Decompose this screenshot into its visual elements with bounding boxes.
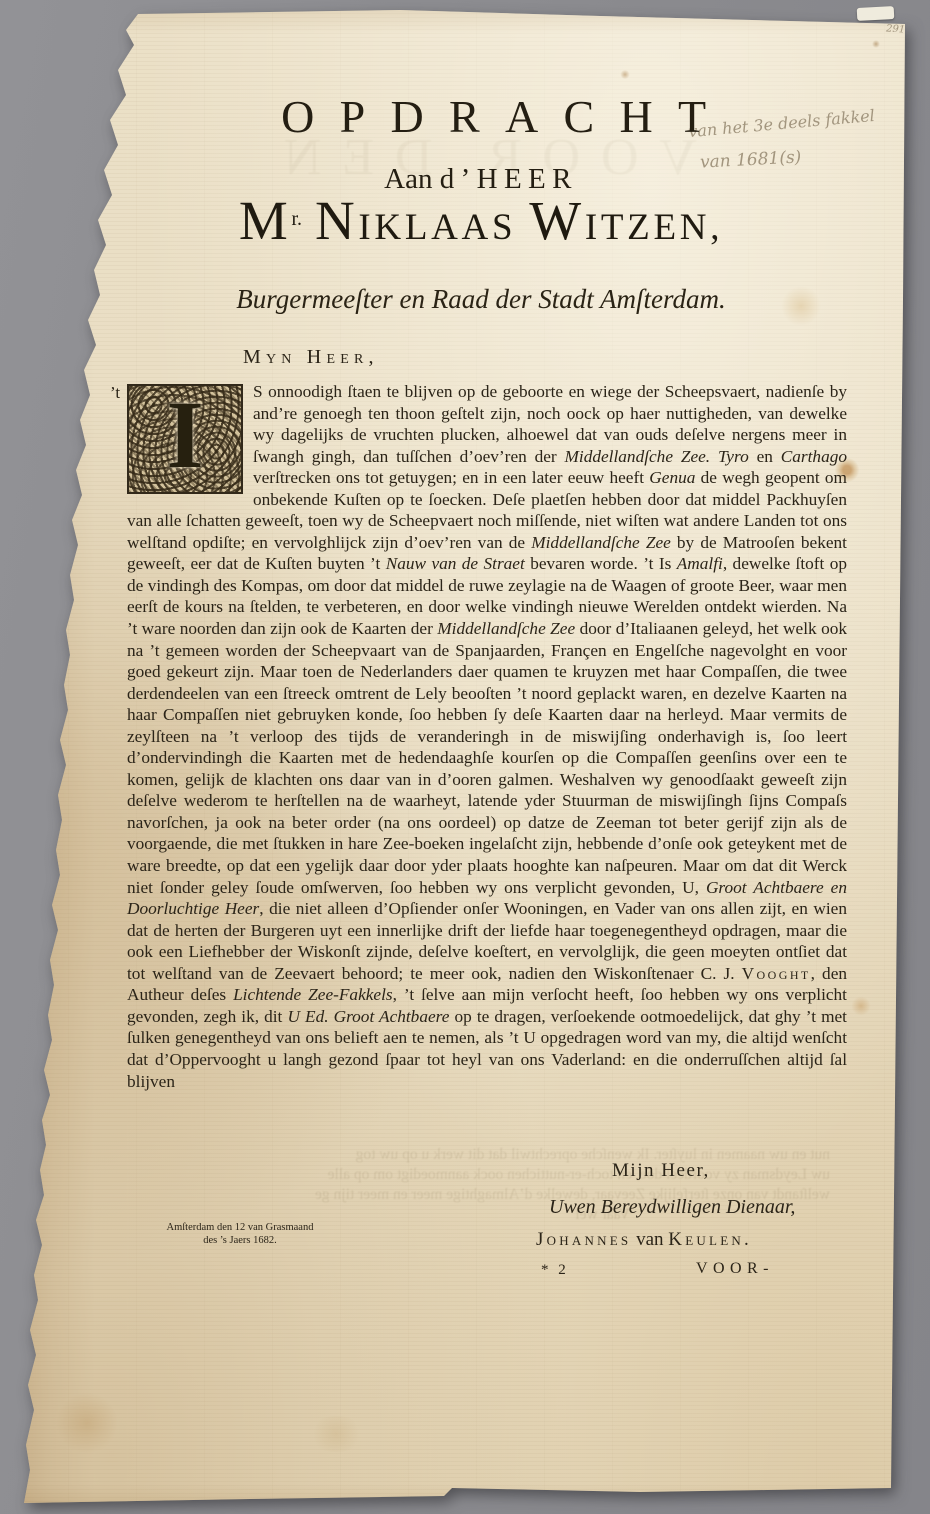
- body-segment: Vooght: [742, 964, 811, 983]
- foxing-stain: [620, 70, 630, 79]
- body-segment: [710, 447, 718, 466]
- body-block: ’t I S onnoodigh ſtaen te blijven op de …: [127, 381, 847, 1092]
- name-first-rest: IKLAAS: [358, 207, 516, 248]
- body-segment: door d’Italiaanen geleyd, het welk ook n…: [127, 619, 847, 897]
- paper-edge-shading: [0, 1484, 930, 1514]
- show-through-line: uw Leydsman zy voordeel doe, en toch-er-…: [130, 1166, 830, 1184]
- paper-surface: VOOR DEN nut en uw naamen in luyſter. Ik…: [0, 0, 930, 1514]
- scan-background: VOOR DEN nut en uw naamen in luyſter. Ik…: [0, 0, 930, 1514]
- body-segment: Amalfi: [677, 554, 723, 573]
- body-segment: Genua: [649, 468, 695, 487]
- dedication-line: Aan d’HEER: [118, 163, 844, 196]
- body-segment: en: [749, 447, 781, 466]
- paper-sheet: VOOR DEN nut en uw naamen in luyſter. Ik…: [0, 0, 930, 1514]
- name-m: M: [239, 190, 292, 251]
- signature-last-name: Keulen.: [668, 1229, 752, 1250]
- gathering-signature-mark: * 2: [541, 1262, 569, 1279]
- salutation: Myn Heer,: [243, 346, 379, 369]
- date-line2: des ’s Jaers 1682.: [203, 1235, 277, 1246]
- name-mr-superscript: r.: [291, 208, 302, 230]
- body-segment: Middellandſche Zee.: [565, 447, 711, 466]
- body-segment: bevaren worde. ’t Is: [525, 554, 677, 573]
- show-through-line: nut en uw naamen in luyſter. Ik wenſche …: [130, 1146, 830, 1164]
- foxing-stain: [52, 1388, 122, 1458]
- foxing-stain: [306, 1416, 366, 1452]
- signature: Johannes van Keulen.: [536, 1229, 752, 1251]
- foxing-stain: [850, 996, 872, 1016]
- body-segment: Lichtende Zee-Fakkels: [233, 985, 393, 1004]
- body-segment: Middellandſche Zee: [437, 619, 575, 638]
- name-last-rest: ITZEN,: [585, 207, 723, 248]
- name-last-initial: W: [529, 190, 585, 251]
- body-segment: Carthago: [781, 447, 847, 466]
- date-line1: Amſterdam den 12 van Grasmaand: [167, 1222, 314, 1233]
- paper-edge-shading: [904, 0, 930, 1514]
- pencil-corner-number: 291: [886, 23, 906, 35]
- dedicatee-name: Mr. NIKLAAS WITZEN,: [118, 206, 844, 249]
- body-segment: Nauw van de Straet: [386, 554, 525, 573]
- body-segment: Tyro: [718, 447, 749, 466]
- catchword: VOOR-: [696, 1260, 774, 1278]
- body-segment: U Ed. Groot Achtbaere: [287, 1007, 449, 1026]
- page-title: OPDRACHT: [118, 90, 869, 143]
- paper-edge-shading: [0, 0, 95, 1514]
- date-place-note: Amſterdam den 12 van Grasmaand des ’s Ja…: [156, 1221, 324, 1247]
- dedication-word-aan: Aan: [384, 163, 432, 195]
- name-first-initial: N: [315, 190, 358, 251]
- margin-word: ’t: [110, 383, 120, 403]
- body-segment: verſtrecken ons tot getuygen; en in een …: [253, 468, 649, 487]
- foxing-stain: [872, 40, 880, 48]
- drop-cap-woodcut: I: [127, 384, 243, 494]
- closing-addressee: Mijn Heer,: [612, 1160, 710, 1182]
- repair-sticker: [857, 6, 895, 21]
- drop-cap-letter: I: [166, 379, 203, 490]
- signature-van: van: [631, 1229, 668, 1250]
- valediction: Uwen Bereydwilligen Dienaar,: [549, 1196, 795, 1219]
- signature-first-name: Johannes: [536, 1229, 631, 1250]
- paper-edge-shading: [0, 0, 930, 34]
- body-segment: Middellandſche Zee: [531, 533, 671, 552]
- subtitle: Burgermeeſter en Raad der Stadt Amſterda…: [118, 284, 844, 315]
